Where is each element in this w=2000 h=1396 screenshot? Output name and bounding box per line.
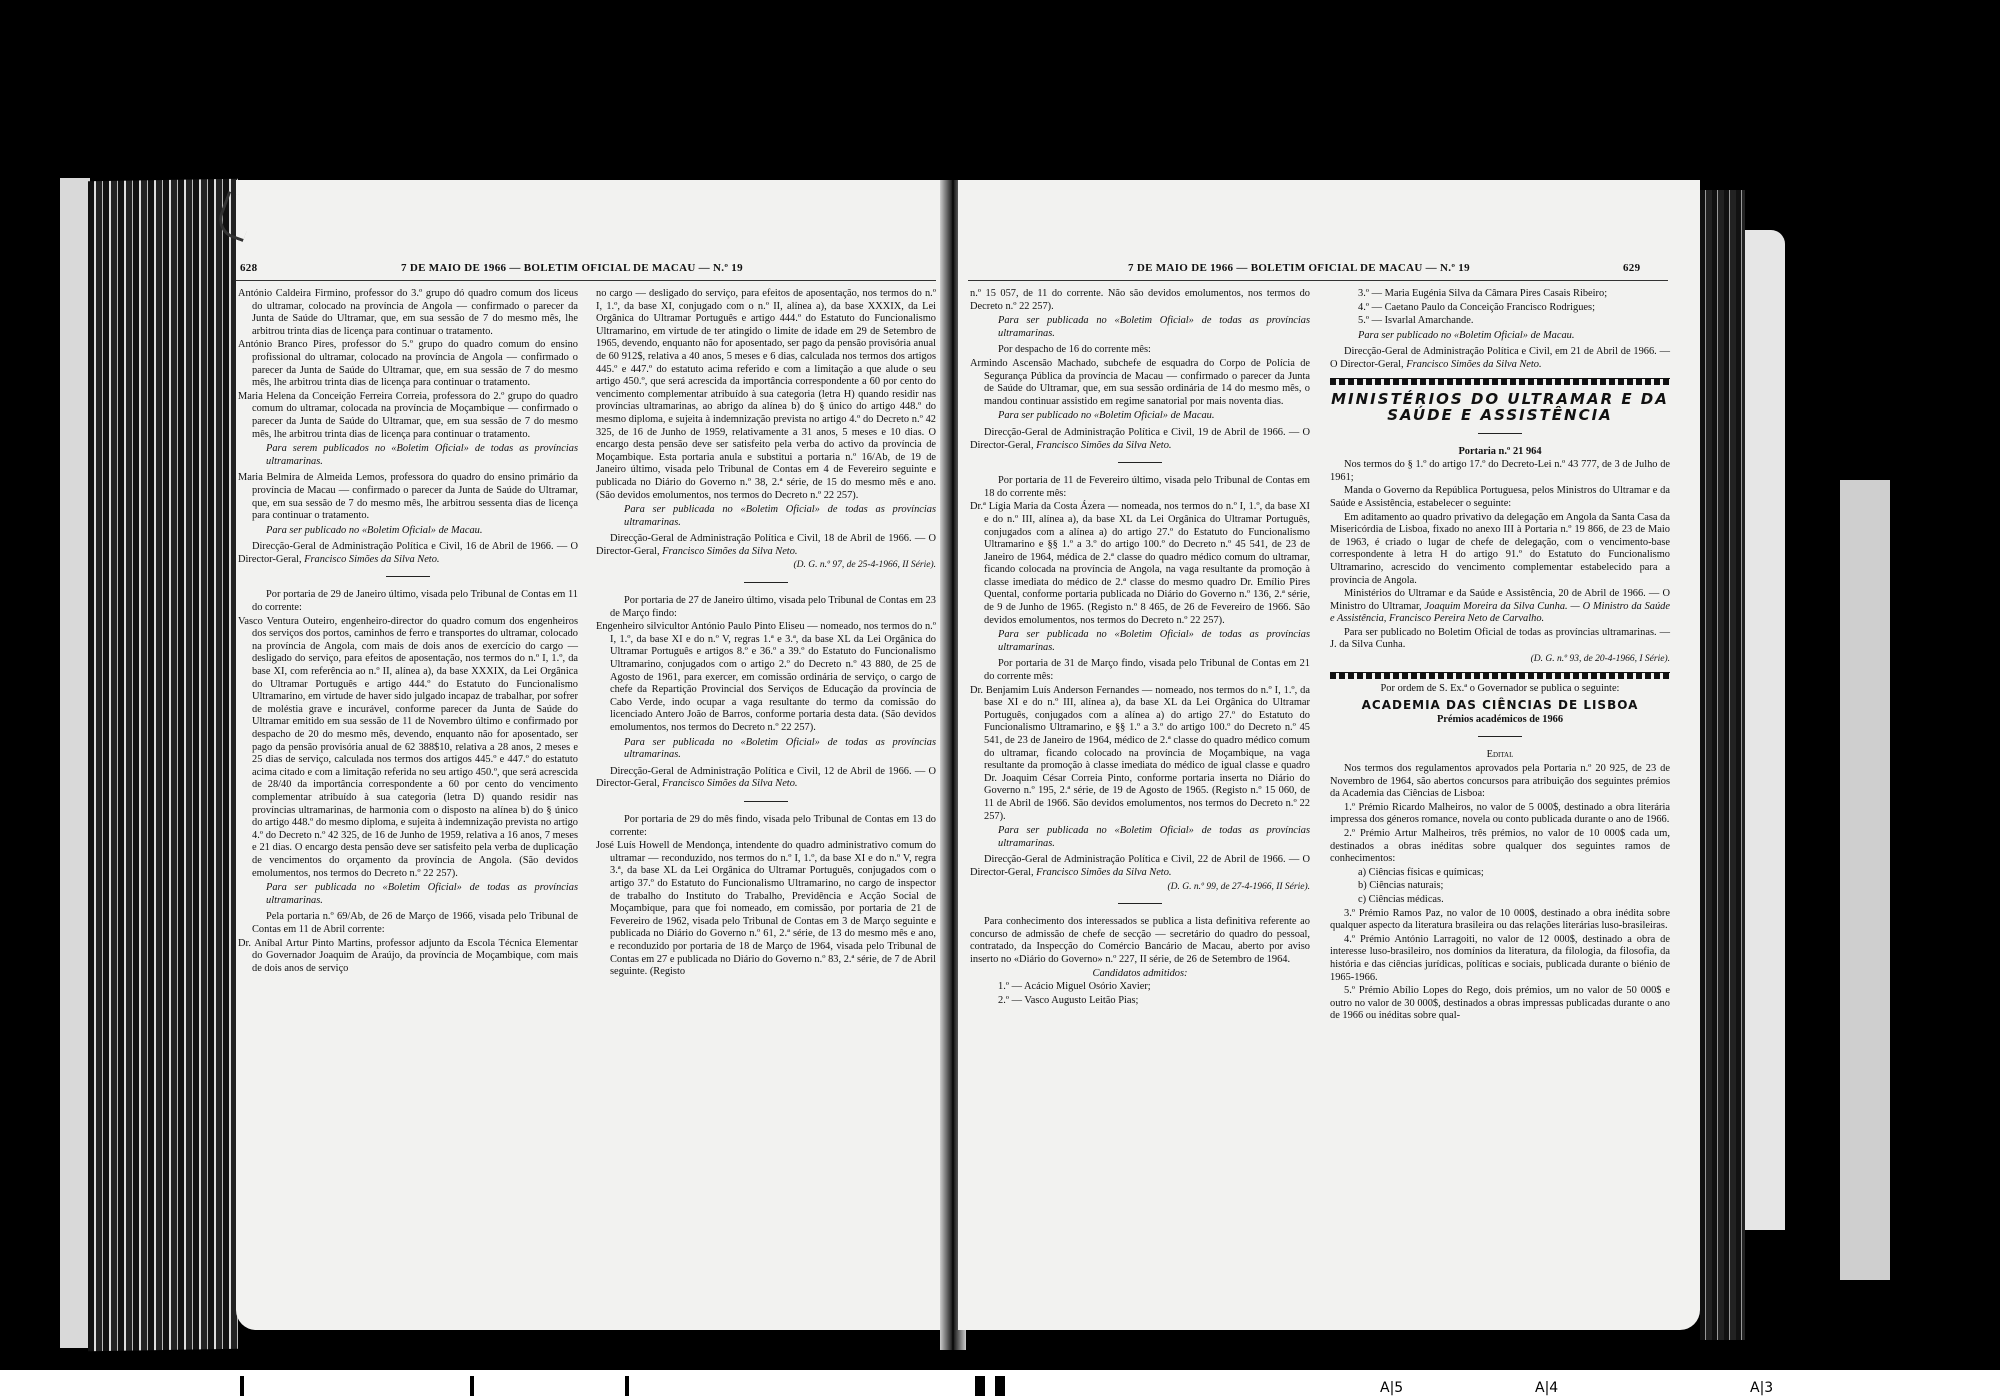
text: Para ser publicada no «Boletim Oficial» …: [998, 825, 1310, 849]
text: Para ser publicado no «Boletim Oficial» …: [1358, 330, 1574, 341]
list-item: a) Ciências físicas e químicas;: [1330, 867, 1670, 880]
text: Nos termos dos regulamentos aprovados pe…: [1330, 763, 1670, 799]
film-frame-label: A|4: [1535, 1380, 1558, 1396]
text: Por portaria de 27 de Janeiro último, vi…: [610, 595, 936, 619]
paragraph: 3.º Prémio Ramos Paz, no valor de 10 000…: [1330, 908, 1670, 933]
entry: Maria Belmira de Almeida Lemos, professo…: [238, 472, 578, 522]
portaria-intro: Por portaria de 27 de Janeiro último, vi…: [596, 595, 936, 620]
signatory: Francisco Simões da Silva Neto.: [1036, 867, 1171, 878]
entry: Maria Helena da Conceição Ferreira Corre…: [238, 391, 578, 441]
paragraph: Em aditamento ao quadro privativo da del…: [1330, 512, 1670, 588]
signatory: Francisco Simões da Silva Neto.: [1406, 359, 1541, 370]
text: Por despacho de 16 do corrente mês:: [998, 344, 1151, 355]
entry: António Branco Pires, professor do 5.º g…: [238, 339, 578, 389]
text: Prémios académicos de 1966: [1437, 714, 1563, 725]
entry: Dr. Aníbal Artur Pinto Martins, professo…: [238, 938, 578, 976]
gazette-reference: (D. G. n.º 97, de 25-4-1966, II Série).: [596, 559, 936, 572]
paragraph: no cargo — desligado do serviço, para ef…: [596, 288, 936, 502]
text: 4.º — Caetano Paulo da Conceição Francis…: [1358, 302, 1595, 313]
film-tick: [240, 1376, 244, 1396]
entry: Vasco Ventura Outeiro, engenheiro-direct…: [238, 616, 578, 880]
left-page: 628 7 DE MAIO DE 1966 — BOLETIM OFICIAL …: [236, 180, 950, 1330]
text: 1.º Prémio Ricardo Malheiros, no valor d…: [1330, 802, 1670, 826]
text: Dr.ª Lígia Maria da Costa Ázera — nomead…: [970, 501, 1310, 625]
page-number-right: 629: [1623, 262, 1640, 274]
list-item: 4.º — Caetano Paulo da Conceição Francis…: [1330, 302, 1670, 315]
text: ACADEMIA DAS CIÊNCIAS DE LISBOA: [1362, 698, 1639, 712]
signatory: Francisco Simões da Silva Neto.: [662, 778, 797, 789]
signature-line: Ministérios do Ultramar e da Saúde e Ass…: [1330, 588, 1670, 626]
edital-heading: Edital: [1330, 749, 1670, 762]
paragraph: 2.º Prémio Artur Malheiros, três prémios…: [1330, 828, 1670, 866]
portaria-intro: Por portaria de 29 de Janeiro último, vi…: [238, 589, 578, 614]
publication-note: Para serem publicados no «Boletim Oficia…: [238, 443, 578, 468]
paragraph: Nos termos do § 1.º do artigo 17.º do De…: [1330, 459, 1670, 484]
text: n.º 15 057, de 11 do corrente. Não são d…: [970, 288, 1310, 312]
text: Por ordem de S. Ex.ª o Governador se pub…: [1381, 683, 1620, 694]
publication-note: Para ser publicada no «Boletim Oficial» …: [596, 737, 936, 762]
text: 2.º — Vasco Augusto Leitão Pias;: [998, 995, 1138, 1006]
film-frame-label: A|3: [1750, 1380, 1773, 1396]
entry: Engenheiro silvicultor António Paulo Pin…: [596, 621, 936, 734]
text: a) Ciências físicas e químicas;: [1358, 867, 1484, 878]
header-rule: [968, 280, 1668, 281]
text: (D. G. n.º 97, de 25-4-1966, II Série).: [793, 560, 936, 570]
book-tab-right-lower: [1840, 480, 1890, 1280]
book-page-stack-right: [1700, 190, 1745, 1340]
text: b) Ciências naturais;: [1358, 880, 1443, 891]
portaria-intro: Por despacho de 16 do corrente mês:: [970, 344, 1310, 357]
text: Para serem publicados no «Boletim Oficia…: [266, 443, 578, 467]
text: MINISTÉRIOS DO ULTRAMAR E DA SAÚDE E ASS…: [1331, 390, 1669, 424]
section-separator: [1478, 736, 1522, 737]
list-item: b) Ciências naturais;: [1330, 880, 1670, 893]
entry: José Luís Howell de Mendonça, intendente…: [596, 840, 936, 979]
text: Para ser publicada no «Boletim Oficial» …: [998, 315, 1310, 339]
text: Portaria n.º 21 964: [1458, 446, 1541, 457]
entry: Dr.ª Lígia Maria da Costa Ázera — nomead…: [970, 501, 1310, 627]
list-item: 2.º — Vasco Augusto Leitão Pias;: [970, 995, 1310, 1008]
left-page-column-2: no cargo — desligado do serviço, para ef…: [596, 288, 936, 980]
text: 5.º Prémio Abílio Lopes do Rego, dois pr…: [1330, 985, 1670, 1021]
running-head-right: 7 DE MAIO DE 1966 — BOLETIM OFICIAL DE M…: [1128, 262, 1470, 274]
text: 3.º — Maria Eugénia Silva da Câmara Pire…: [1358, 288, 1607, 299]
film-tick: [625, 1376, 629, 1396]
text: Edital: [1487, 749, 1514, 760]
text: Dr. Benjamim Luís Anderson Fernandes — n…: [970, 685, 1310, 822]
portaria-intro: Por portaria de 29 do mês findo, visada …: [596, 814, 936, 839]
paragraph: Nos termos dos regulamentos aprovados pe…: [1330, 763, 1670, 801]
book-page-edges-left: [60, 178, 90, 1348]
paragraph: Manda o Governo da República Portuguesa,…: [1330, 485, 1670, 510]
text: Manda o Governo da República Portuguesa,…: [1330, 485, 1670, 509]
microfilm-strip: A|5 A|4 A|3: [0, 1370, 2000, 1396]
film-tick: [470, 1376, 474, 1396]
gazette-reference: (D. G. n.º 99, de 27-4-1966, II Série).: [970, 881, 1310, 894]
publication-note: Para ser publicado no «Boletim Oficial» …: [1330, 330, 1670, 343]
text: Para ser publicado no Boletim Oficial de…: [1330, 627, 1670, 651]
decorative-border: [1330, 378, 1670, 385]
running-head-left: 7 DE MAIO DE 1966 — BOLETIM OFICIAL DE M…: [401, 262, 743, 274]
signature-line: Direcção-Geral de Administração Política…: [970, 427, 1310, 452]
text: 4.º Prémio António Larragoiti, no valor …: [1330, 934, 1670, 983]
list-item: 5.º — Isvarlal Amarchande.: [1330, 315, 1670, 328]
heading: Prémios académicos de 1966: [1330, 714, 1670, 727]
text: Vasco Ventura Outeiro, engenheiro-direct…: [238, 616, 578, 879]
text: Para ser publicado no «Boletim Oficial» …: [266, 525, 482, 536]
text: António Caldeira Firmino, professor do 3…: [238, 288, 578, 337]
notice: Por ordem de S. Ex.ª o Governador se pub…: [1330, 683, 1670, 696]
text: 3.º Prémio Ramos Paz, no valor de 10 000…: [1330, 908, 1670, 932]
text: Engenheiro silvicultor António Paulo Pin…: [596, 621, 936, 733]
text: Dr. Aníbal Artur Pinto Martins, professo…: [238, 938, 578, 974]
gazette-reference: (D. G. n.º 93, de 20-4-1966, I Série).: [1330, 653, 1670, 666]
subheading: Candidatos admitidos:: [970, 968, 1310, 981]
text: 5.º — Isvarlal Amarchande.: [1358, 315, 1473, 326]
paragraph: Para conhecimento dos interessados se pu…: [970, 916, 1310, 966]
decorative-border: [1330, 672, 1670, 679]
publication-note: Para ser publicada no «Boletim Oficial» …: [596, 504, 936, 529]
signature-line: Direcção-Geral de Administração Política…: [1330, 346, 1670, 371]
signature-line: Direcção-Geral de Administração Política…: [238, 541, 578, 566]
text: António Branco Pires, professor do 5.º g…: [238, 339, 578, 388]
signature-line: Direcção-Geral de Administração Política…: [596, 766, 936, 791]
section-separator: [1118, 462, 1162, 463]
text: Candidatos admitidos:: [1093, 968, 1188, 979]
film-center-marker: [995, 1376, 1005, 1396]
signature-line: Direcção-Geral de Administração Política…: [596, 533, 936, 558]
text: Para ser publicada no «Boletim Oficial» …: [998, 629, 1310, 653]
publication-note: Para ser publicada no «Boletim Oficial» …: [970, 825, 1310, 850]
text: Para ser publicada no «Boletim Oficial» …: [624, 737, 936, 761]
text: Nos termos do § 1.º do artigo 17.º do De…: [1330, 459, 1670, 483]
academy-heading: ACADEMIA DAS CIÊNCIAS DE LISBOA: [1330, 699, 1670, 712]
text: Em aditamento ao quadro privativo da del…: [1330, 512, 1670, 586]
publication-note: Para ser publicado no «Boletim Oficial» …: [970, 410, 1310, 423]
text: 2.º Prémio Artur Malheiros, três prémios…: [1330, 828, 1670, 864]
text: Armindo Ascensão Machado, subchefe de es…: [970, 358, 1310, 407]
right-page-column-2: 3.º — Maria Eugénia Silva da Câmara Pire…: [1330, 288, 1670, 1024]
text: José Luís Howell de Mendonça, intendente…: [596, 840, 936, 977]
list-item: c) Ciências médicas.: [1330, 894, 1670, 907]
text: (D. G. n.º 99, de 27-4-1966, II Série).: [1167, 882, 1310, 892]
text: Por portaria de 11 de Fevereiro último, …: [984, 475, 1310, 499]
right-page-column-1: n.º 15 057, de 11 do corrente. Não são d…: [970, 288, 1310, 1008]
text: Para ser publicada no «Boletim Oficial» …: [624, 504, 936, 528]
text: (D. G. n.º 93, de 20-4-1966, I Série).: [1531, 654, 1670, 664]
signatory: Francisco Simões da Silva Neto.: [662, 546, 797, 557]
text: Pela portaria n.º 69/Ab, de 26 de Março …: [252, 911, 578, 935]
paragraph: 4.º Prémio António Larragoiti, no valor …: [1330, 934, 1670, 984]
section-separator: [744, 801, 788, 802]
text: Para conhecimento dos interessados se pu…: [970, 916, 1310, 965]
publication-note: Para ser publicada no «Boletim Oficial» …: [970, 629, 1310, 654]
portaria-intro: Pela portaria n.º 69/Ab, de 26 de Março …: [238, 911, 578, 936]
publication-note: Para ser publicada no «Boletim Oficial» …: [970, 315, 1310, 340]
entry: Armindo Ascensão Machado, subchefe de es…: [970, 358, 1310, 408]
text: c) Ciências médicas.: [1358, 894, 1444, 905]
page-number-left: 628: [240, 262, 257, 274]
text: 1.º — Acácio Miguel Osório Xavier;: [998, 981, 1151, 992]
book-page-stack-left: [88, 179, 238, 1352]
text: no cargo — desligado do serviço, para ef…: [596, 288, 936, 501]
section-separator: [386, 576, 430, 577]
entry: Dr. Benjamim Luís Anderson Fernandes — n…: [970, 685, 1310, 824]
text: Para ser publicada no «Boletim Oficial» …: [266, 882, 578, 906]
book-tab-right: [1745, 230, 1785, 1230]
text: Para ser publicado no «Boletim Oficial» …: [998, 410, 1214, 421]
film-center-marker: [975, 1376, 985, 1396]
heading: Portaria n.º 21 964: [1330, 446, 1670, 459]
paragraph: 1.º Prémio Ricardo Malheiros, no valor d…: [1330, 802, 1670, 827]
signatory: Francisco Simões da Silva Neto.: [304, 554, 439, 565]
publication-note: Para ser publicada no «Boletim Oficial» …: [238, 882, 578, 907]
film-frame-label: A|5: [1380, 1380, 1403, 1396]
ministry-heading: MINISTÉRIOS DO ULTRAMAR E DA SAÚDE E ASS…: [1330, 391, 1670, 423]
text: Maria Belmira de Almeida Lemos, professo…: [238, 472, 578, 521]
portaria-intro: Por portaria de 31 de Março findo, visad…: [970, 658, 1310, 683]
text: Por portaria de 31 de Março findo, visad…: [984, 658, 1310, 682]
text: Maria Helena da Conceição Ferreira Corre…: [238, 391, 578, 440]
right-page: 7 DE MAIO DE 1966 — BOLETIM OFICIAL DE M…: [958, 180, 1700, 1330]
paragraph: n.º 15 057, de 11 do corrente. Não são d…: [970, 288, 1310, 313]
list-item: 1.º — Acácio Miguel Osório Xavier;: [970, 981, 1310, 994]
header-rule: [236, 280, 936, 281]
portaria-intro: Por portaria de 11 de Fevereiro último, …: [970, 475, 1310, 500]
text: Por portaria de 29 do mês findo, visada …: [610, 814, 936, 838]
left-page-column-1: António Caldeira Firmino, professor do 3…: [238, 288, 578, 976]
paragraph: 5.º Prémio Abílio Lopes do Rego, dois pr…: [1330, 985, 1670, 1023]
list-item: 3.º — Maria Eugénia Silva da Câmara Pire…: [1330, 288, 1670, 301]
publication-note: Para ser publicado no Boletim Oficial de…: [1330, 627, 1670, 652]
publication-note: Para ser publicado no «Boletim Oficial» …: [238, 525, 578, 538]
section-separator: [1118, 903, 1162, 904]
signature-line: Direcção-Geral de Administração Política…: [970, 854, 1310, 879]
section-separator: [744, 582, 788, 583]
signatory: Francisco Simões da Silva Neto.: [1036, 440, 1171, 451]
section-separator: [1478, 433, 1522, 434]
entry: António Caldeira Firmino, professor do 3…: [238, 288, 578, 338]
text: Por portaria de 29 de Janeiro último, vi…: [252, 589, 578, 613]
